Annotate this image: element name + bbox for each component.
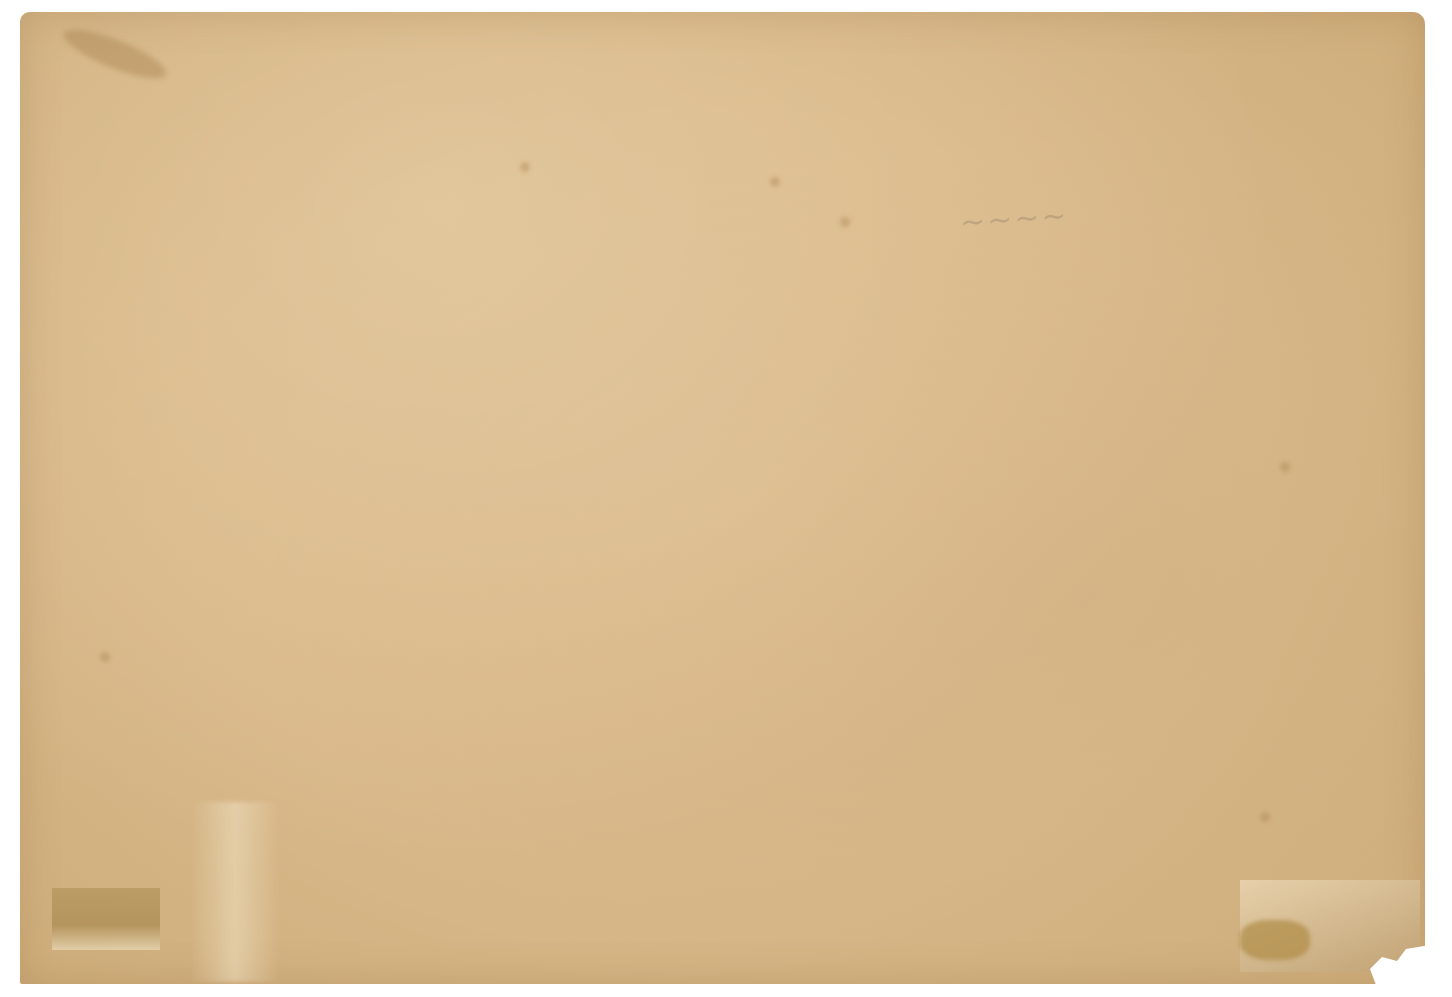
speckle <box>770 177 780 187</box>
speckle <box>100 652 110 662</box>
faint-pencil-inscription: ~~~~ <box>959 198 1070 240</box>
tape-residue-bottom-left <box>52 888 160 950</box>
glue-residue-left <box>190 802 280 982</box>
speckle <box>520 162 530 172</box>
speckle <box>1280 462 1290 472</box>
speckle <box>1260 812 1270 822</box>
speckle <box>840 217 850 227</box>
aged-card: ~~~~ <box>20 12 1425 984</box>
stain-top-left <box>59 20 171 87</box>
tape-stain-bottom-right <box>1240 920 1310 960</box>
